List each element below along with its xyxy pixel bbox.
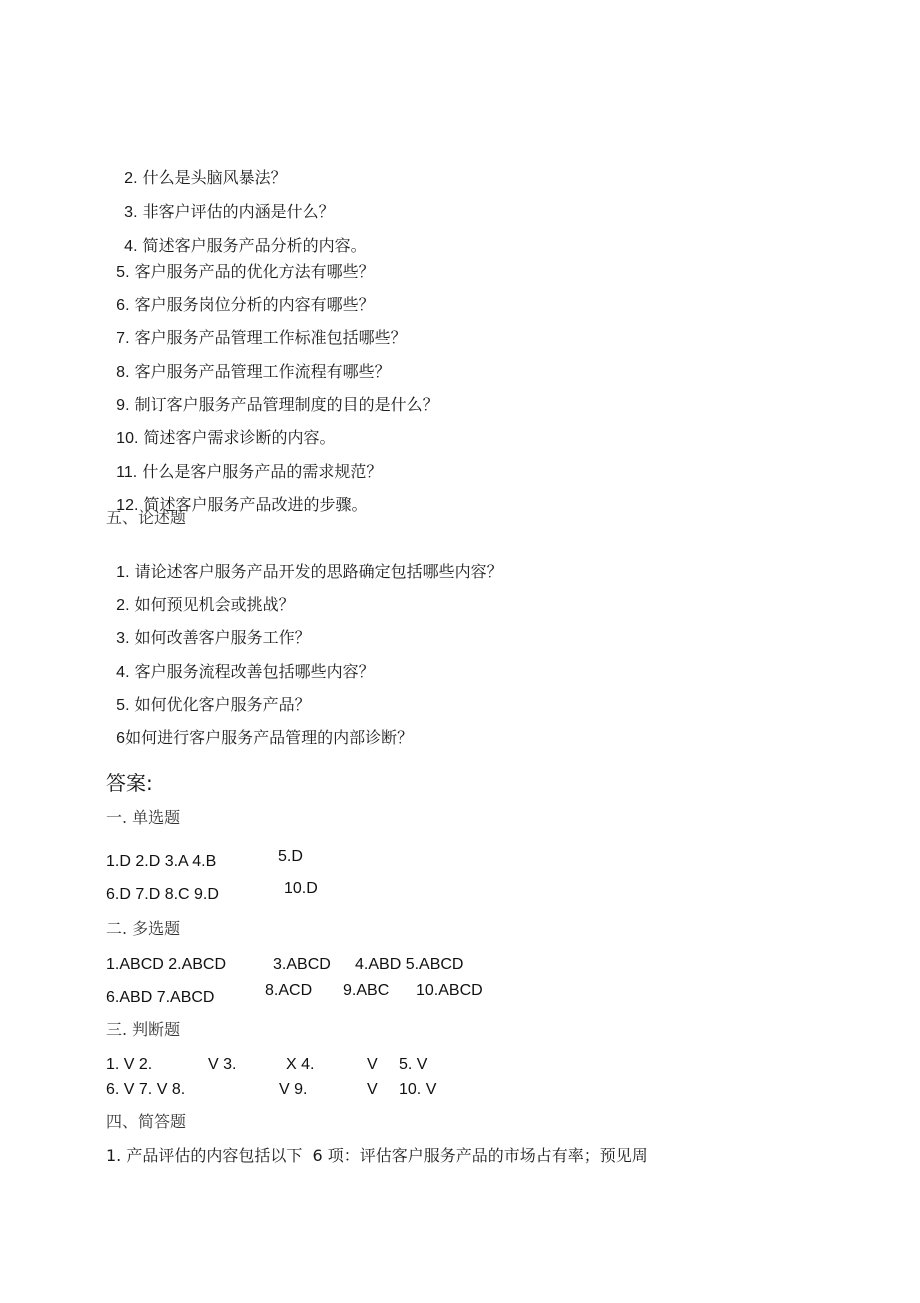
question-text: 如何进行客户服务产品管理的内部诊断？ xyxy=(125,728,413,747)
question-number: 6 xyxy=(116,730,125,747)
single-choice-row-2-right: 10.D xyxy=(284,879,318,899)
true-false-row-1-a: 1. V 2. xyxy=(106,1055,152,1075)
true-false-row-2-d: 10. V xyxy=(399,1080,436,1100)
true-false-row-1-d: V xyxy=(367,1055,378,1075)
answers-heading: 答案: xyxy=(106,771,153,795)
true-false-row-2-c: V xyxy=(367,1080,378,1100)
essay-question-6: 6如何进行客户服务产品管理的内部诊断？ xyxy=(106,708,413,749)
short-answer-1-text: 1. 产品评估的内容包括以下 6 项：评估客户服务产品的市场占有率；预见周 xyxy=(106,1146,648,1166)
short-answer-title: 四、简答题 xyxy=(106,1112,186,1132)
single-choice-row-1-left: 1.D 2.D 3.A 4.B xyxy=(106,852,216,872)
multiple-choice-row-2-d: 10.ABCD xyxy=(416,981,483,1001)
single-choice-row-1-right: 5.D xyxy=(278,847,303,867)
multiple-choice-row-1-c: 4.ABD 5.ABCD xyxy=(355,955,463,975)
true-false-row-1-c: X 4. xyxy=(286,1055,314,1075)
true-false-row-2-a: 6. V 7. V 8. xyxy=(106,1080,185,1100)
single-choice-title: 一. 单选题 xyxy=(106,808,180,828)
multiple-choice-row-2-b: 8.ACD xyxy=(265,981,312,1001)
single-choice-row-2-left: 6.D 7.D 8.C 9.D xyxy=(106,885,219,905)
true-false-row-2-b: V 9. xyxy=(279,1080,307,1100)
multiple-choice-row-2-a: 6.ABD 7.ABCD xyxy=(106,988,214,1008)
true-false-row-1-e: 5. V xyxy=(399,1055,427,1075)
multiple-choice-title: 二. 多选题 xyxy=(106,919,180,939)
true-false-row-1-b: V 3. xyxy=(208,1055,236,1075)
multiple-choice-row-1-a: 1.ABCD 2.ABCD xyxy=(106,955,226,975)
multiple-choice-row-2-c: 9.ABC xyxy=(343,981,389,1001)
essay-section-title: 五、论述题 xyxy=(106,508,186,528)
true-false-title: 三. 判断题 xyxy=(106,1020,180,1040)
multiple-choice-row-1-b: 3.ABCD xyxy=(273,955,331,975)
